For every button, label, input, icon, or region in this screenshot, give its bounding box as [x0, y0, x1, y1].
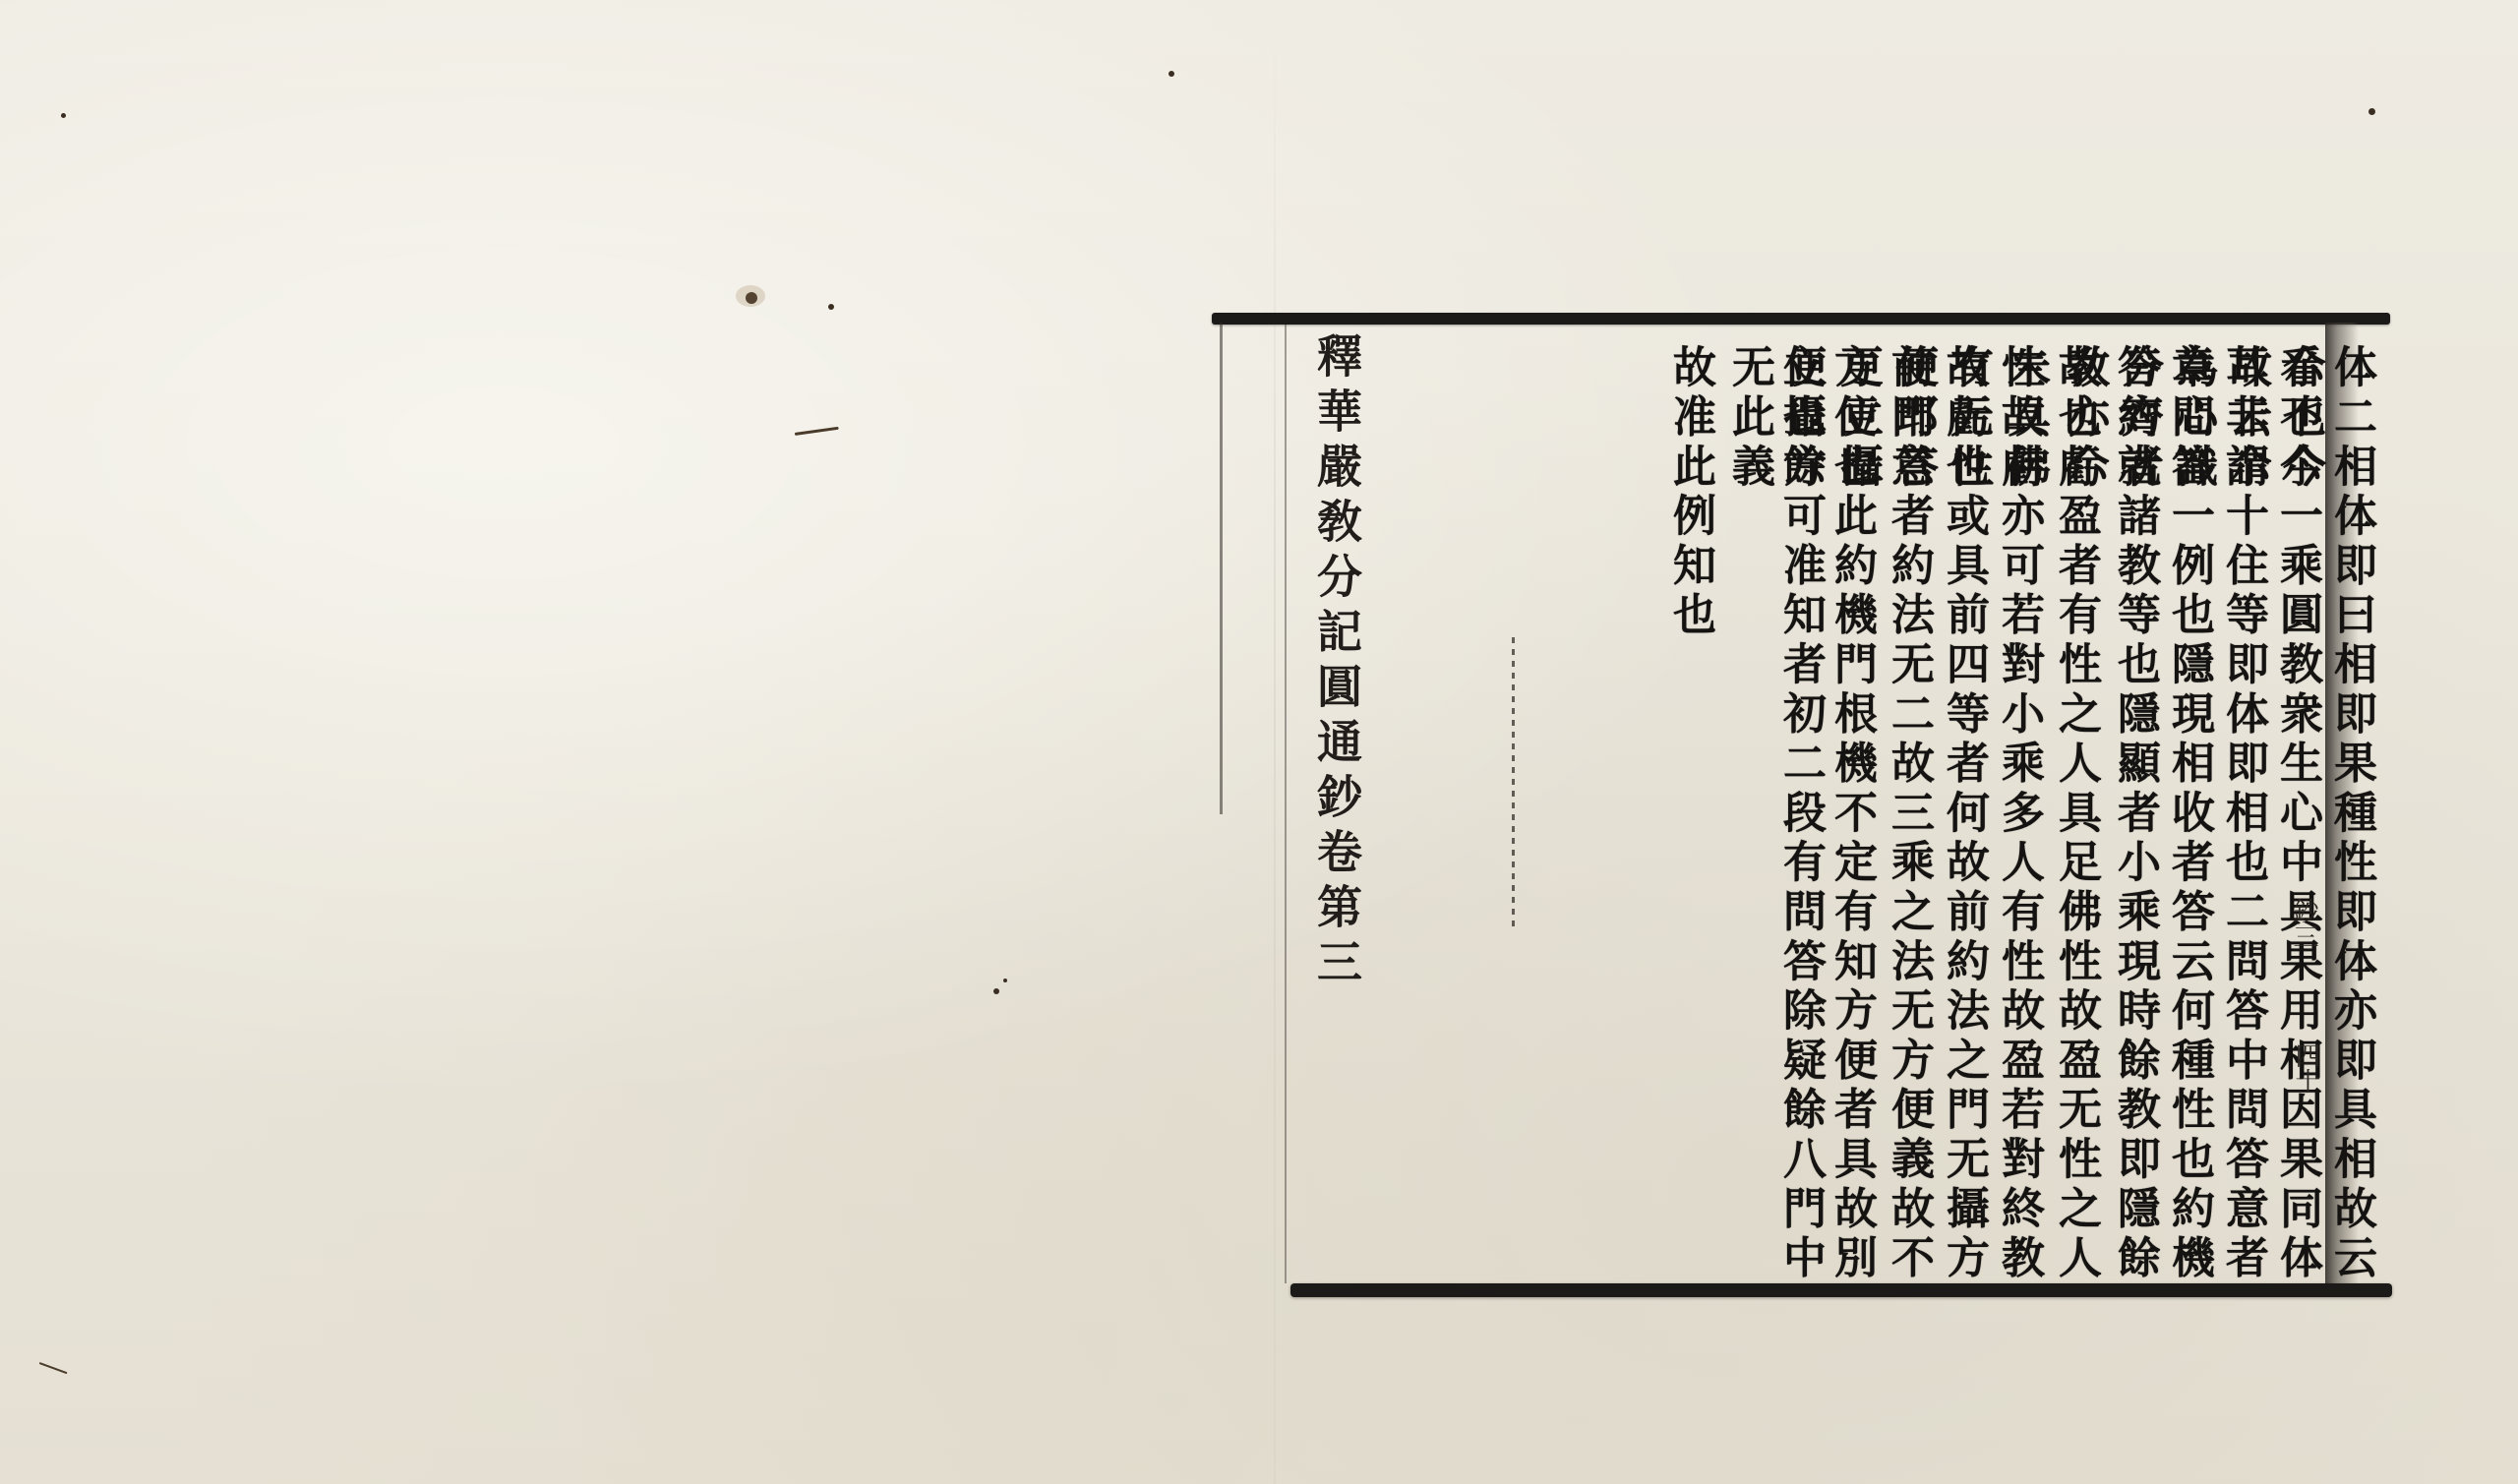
paper-speck [61, 113, 66, 118]
paper-stain [736, 285, 765, 307]
paper-fiber [795, 427, 839, 436]
frame-left-border [1220, 323, 1223, 814]
text-column-11: 便也餘可准知者初二段有問答除疑餘八門中无此義 [1723, 344, 1826, 1299]
dashed-guide-line [1512, 637, 1515, 932]
paper-speck [993, 988, 999, 994]
frame-top-border [1212, 313, 2390, 325]
volume-mark: 鈔三 [2290, 898, 2317, 949]
volume-title: 釋華嚴敎分記圓通鈔卷第三 [1310, 332, 1363, 993]
paper-speck [1003, 979, 1007, 982]
paper-fiber [39, 1362, 68, 1374]
paper-speck [828, 304, 834, 310]
paper-speck [1169, 71, 1174, 77]
printed-block-frame: 体二相体即曰相即果種性即体亦即具相故云尒也今 㸔不尒一乘圓教衆生心中具果用相因果… [1212, 313, 2390, 1299]
page-number: 四十 [2292, 1042, 2319, 1094]
text-column-12: 故准此例知也 [1664, 344, 1715, 641]
frame-title-divider [1285, 325, 1287, 1283]
paper-speck [2368, 108, 2375, 115]
